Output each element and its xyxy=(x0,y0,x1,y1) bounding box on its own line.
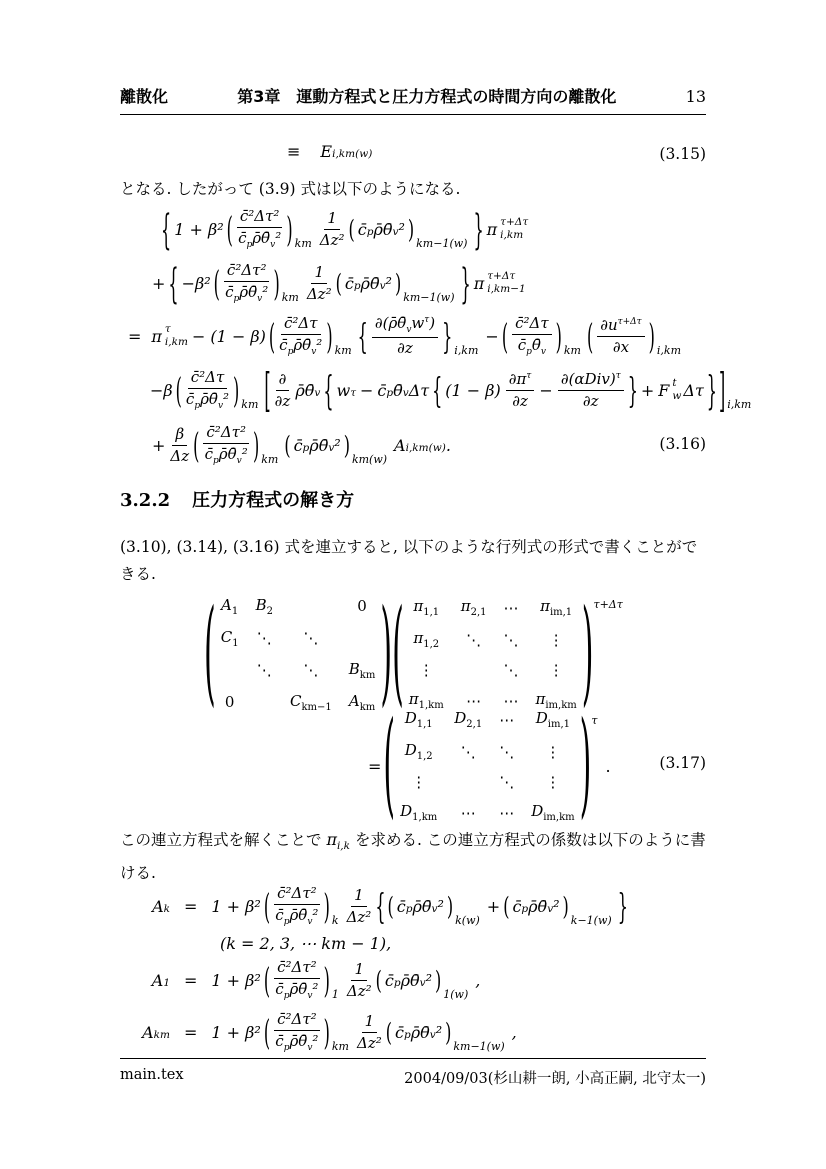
matrix-cell: ⋯ xyxy=(466,692,481,710)
subscript: 2,1 xyxy=(471,607,487,618)
subscript: v xyxy=(314,387,320,399)
fraction-denominator: ∂z xyxy=(397,338,413,358)
matrix-cell: π1,1 xyxy=(413,597,439,618)
math-token: c̄pρ̄θ̄v² xyxy=(512,897,559,916)
equation-tag-315: (3.15) xyxy=(659,145,706,163)
section-number: 3.2.2 xyxy=(120,490,170,511)
variable: E xyxy=(320,142,332,161)
math-token: 1 + β² xyxy=(211,1023,260,1042)
right-paren: ) xyxy=(273,263,279,304)
right-paren: ) xyxy=(324,960,330,1001)
math-token: ρ̄θ̄ xyxy=(411,1023,430,1042)
variable: π xyxy=(540,597,550,615)
sup-sub-stack: τi,km xyxy=(165,323,188,348)
page-number: 13 xyxy=(686,87,706,106)
math-token: −β xyxy=(150,381,173,400)
math-token: c̄pρ̄θ̄v² xyxy=(395,1023,442,1042)
subscript: 1 xyxy=(232,606,238,617)
equals-sign: = xyxy=(184,971,197,990)
math-token: Ai,km(w). xyxy=(394,436,451,455)
math-token: ∂π xyxy=(509,370,527,388)
variable: π xyxy=(409,690,419,708)
fraction: c̄²Δτ²c̄pρ̄θ̄v² xyxy=(274,884,320,928)
fraction-denominator: Δz xyxy=(170,446,189,466)
math-token: 1 + β² xyxy=(174,220,223,239)
subscript: 1(w) xyxy=(443,988,468,1001)
section-title: 圧力方程式の解き方 xyxy=(192,486,354,512)
fraction-numerator: c̄²Δτ² xyxy=(237,207,283,228)
coefficient-matrix: ( A1B20C1⋱⋱⋱⋱Bkm0Ckm−1Akm ) xyxy=(204,596,392,713)
matrix-cell: πim,1 xyxy=(540,597,572,618)
fraction-numerator: ∂(αDiv)τ xyxy=(558,370,624,391)
subscript: w xyxy=(672,390,681,403)
math-token: c̄pρ̄θ̄v² xyxy=(385,971,432,990)
subscript: km−1(w) xyxy=(403,291,454,304)
right-paren: ) xyxy=(580,700,592,833)
math-token: (1 − β) xyxy=(445,381,501,400)
right-paren: ) xyxy=(395,268,401,297)
variable: D xyxy=(531,802,543,820)
k-range-note: (k = 2, 3, ⋯ km − 1), xyxy=(120,932,706,954)
fraction-denominator: Δz² xyxy=(320,230,345,250)
matrix-cell: ⋯ xyxy=(504,692,519,710)
matrix-equation-line-1: ( A1B20C1⋱⋱⋱⋱Bkm0Ckm−1Akm ) ( π1,1π2,1⋯π… xyxy=(204,596,706,712)
math-token: c̄pρ̄θ̄v² xyxy=(345,274,392,293)
equation-3-15: ≡ Ei,km(w) (3.15) xyxy=(120,142,706,168)
equals-sign: = xyxy=(184,897,197,916)
math-token: ² xyxy=(223,390,229,408)
paragraph-2: (3.10), (3.14), (3.16) 式を連立すると, 以下のような行列… xyxy=(120,534,706,588)
math-token: ² xyxy=(312,980,318,998)
matrix-equation-line-2: = ( D1,1D2,1⋯Dim,1D1,2⋱⋱⋮⋮⋱⋮D1,km⋯⋯Dim,k… xyxy=(366,712,706,820)
math-token: ρ̄θ̄ xyxy=(401,971,420,990)
math-token: 1 + β² xyxy=(211,897,260,916)
math-token: c̄ xyxy=(385,971,394,990)
variable: π xyxy=(413,629,423,647)
variable: D xyxy=(536,709,548,727)
math-token: c̄pρ̄θ̄v² xyxy=(358,220,405,239)
math-token: ρ̄θ̄ xyxy=(412,897,431,916)
left-brace: { xyxy=(432,370,442,411)
fraction: c̄²Δτ²c̄pρ̄θ̄v² xyxy=(203,423,249,467)
variable: A xyxy=(394,436,406,455)
matrix-cell: ⋮ xyxy=(411,773,426,791)
variable: D xyxy=(454,709,466,727)
left-brace: { xyxy=(161,204,171,253)
math-token: c̄ xyxy=(225,283,233,301)
fraction: βΔz xyxy=(170,425,189,466)
left-paren: ( xyxy=(349,214,355,243)
math-token: ρ̄θ̄ xyxy=(289,980,307,998)
math-token: c̄ xyxy=(395,1023,404,1042)
math-token: ρ̄θ̄ xyxy=(373,220,392,239)
matrix-cell: ⋯ xyxy=(461,804,476,822)
subscript: 1 xyxy=(163,977,170,989)
fraction-numerator: c̄²Δτ² xyxy=(224,261,270,282)
matrix-cell: Bkm xyxy=(349,660,376,681)
left-bracket: [ xyxy=(264,363,270,417)
math-token: θ̄ xyxy=(532,336,541,354)
subscript: k xyxy=(332,914,339,927)
matrix-cell: π2,1 xyxy=(461,597,487,618)
subscript: km−1(w) xyxy=(416,237,467,250)
sup-sub-stack: τ+Δτi,km xyxy=(500,216,528,241)
fraction: ∂∂z xyxy=(275,370,291,411)
math-token: ρ̄θ̄ xyxy=(528,897,547,916)
equals-sign: = xyxy=(128,327,141,346)
matrix-cell: ⋮ xyxy=(545,773,560,791)
fraction-numerator: c̄²Δτ² xyxy=(203,423,249,444)
fraction-numerator: c̄²Δτ xyxy=(188,368,228,389)
right-brace: } xyxy=(628,370,638,411)
period: . xyxy=(446,436,451,455)
matrix-cell: C1 xyxy=(221,628,239,649)
matrix-cell: D1,1 xyxy=(405,709,433,730)
left-paren: ( xyxy=(264,1012,270,1053)
matrix-cell: ⋱ xyxy=(499,773,514,791)
matrix-cell: ⋯ xyxy=(499,804,514,822)
equation-tag-316: (3.16) xyxy=(659,435,706,453)
fraction: c̄²Δτ²c̄pρ̄θ̄v² xyxy=(237,207,283,251)
subscript: 1,2 xyxy=(423,639,439,650)
matrix-cell: ⋱ xyxy=(461,743,476,761)
math-token: F xyxy=(658,381,669,400)
math-token: ρ̄θ̄ xyxy=(309,436,328,455)
matrix-cell: πim,km xyxy=(536,690,577,711)
math-token: c̄ xyxy=(397,897,406,916)
fraction-numerator: β xyxy=(172,425,187,446)
matrix-cell: ⋱ xyxy=(466,631,481,649)
subscript: p xyxy=(394,977,401,989)
chapter-label: 第3章 xyxy=(237,84,280,107)
fraction: 1Δz² xyxy=(347,886,372,927)
variable: D xyxy=(400,802,412,820)
right-paren: ) xyxy=(435,965,441,994)
plus-sign: + xyxy=(487,897,500,916)
right-paren: ) xyxy=(408,214,414,243)
fraction-denominator: c̄pρ̄θ̄v² xyxy=(186,389,229,412)
left-paren: ( xyxy=(503,891,509,920)
fraction-numerator: ∂uτ+Δτ xyxy=(597,316,644,337)
variable: C xyxy=(290,692,301,710)
math-token: ) xyxy=(429,314,435,332)
left-paren: ( xyxy=(214,263,220,304)
matrix-cell: B2 xyxy=(256,596,273,617)
fraction: 1Δz² xyxy=(357,1012,382,1053)
matrix-cell: Akm xyxy=(349,692,375,713)
superscript: τ+Δτ xyxy=(500,216,528,229)
fraction: c̄²Δτ²c̄pρ̄θ̄v² xyxy=(274,1010,320,1054)
matrix-cell: ⋱ xyxy=(504,661,519,679)
right-paren: ) xyxy=(445,1017,451,1046)
matrix-cell: 0 xyxy=(225,693,235,711)
variable: w xyxy=(411,314,424,332)
math-token: ρ̄θ̄ xyxy=(219,445,237,463)
paragraph-3: この連立方程式を解くことで πi,k を求める. この連立方程式の係数は以下のよ… xyxy=(120,826,706,887)
fraction: ∂(ρ̄θ̄vwτ)∂z xyxy=(372,314,438,358)
variable: w xyxy=(337,381,351,400)
variable: π xyxy=(461,597,471,615)
subscript: i,km−1 xyxy=(487,283,526,296)
page-footer: main.tex 2004/09/03(杉山耕一朗, 小高正嗣, 北守太一) xyxy=(120,1058,706,1088)
subscript: km xyxy=(564,344,581,357)
left-brace: { xyxy=(168,258,178,307)
fraction-denominator: ∂x xyxy=(613,337,629,357)
math-token: ∂u xyxy=(600,316,617,334)
subscript: km(w) xyxy=(352,453,387,466)
fraction-numerator: c̄²Δτ xyxy=(281,314,321,335)
math-token: π xyxy=(151,327,162,346)
fraction-denominator: c̄pρ̄θ̄v² xyxy=(238,228,281,251)
fraction-denominator: c̄pρ̄θ̄v² xyxy=(275,905,318,928)
subscript: km xyxy=(360,702,376,713)
math-token: ² xyxy=(242,445,248,463)
fraction-denominator: c̄pρ̄θ̄v² xyxy=(225,282,268,305)
superscript: τ xyxy=(526,371,531,381)
math-token: c̄ xyxy=(275,1032,283,1050)
math-token: c̄ xyxy=(275,980,283,998)
fraction-denominator: Δz² xyxy=(347,981,372,1001)
coefficient-equations: Ak = 1 + β² ( c̄²Δτ²c̄pρ̄θ̄v² )k 1Δz² { … xyxy=(120,880,706,1058)
math-token: Ei,km(w) xyxy=(320,142,372,161)
text-run: この連立方程式を解くことで xyxy=(120,831,326,849)
math-token: c̄pρ̄θ̄v² xyxy=(397,897,444,916)
subscript: i,km xyxy=(165,336,188,349)
variable: A xyxy=(221,596,232,614)
right-paren: ) xyxy=(563,891,569,920)
d-matrix: ( D1,1D2,1⋯Dim,1D1,2⋱⋱⋮⋮⋱⋮D1,km⋯⋯Dim,km … xyxy=(383,709,591,823)
matrix-cell: ⋯ xyxy=(504,599,519,617)
matrix-cell: A1 xyxy=(221,596,238,617)
right-paren: ) xyxy=(233,370,239,411)
variable: A xyxy=(349,692,360,710)
math-token: Δτ xyxy=(409,381,429,400)
left-paren: ( xyxy=(264,960,270,1001)
left-paren: ( xyxy=(284,430,290,459)
math-token: c̄pρ̄θ̄v² xyxy=(294,436,341,455)
matrix-cell: 0 xyxy=(357,597,367,615)
subscript: 2,1 xyxy=(466,719,482,730)
matrix-cell: π1,km xyxy=(409,690,444,711)
math-token: c̄ xyxy=(345,274,354,293)
plus-sign: + xyxy=(152,274,165,293)
right-paren: ) xyxy=(326,316,332,357)
superscript: t xyxy=(672,377,681,390)
math-token: ² xyxy=(398,220,404,239)
subscript: p xyxy=(354,280,361,292)
variable: B xyxy=(256,596,267,614)
fraction-numerator: 1 xyxy=(351,960,367,981)
subscript: 1,1 xyxy=(423,607,439,618)
left-paren: ( xyxy=(336,268,342,297)
math-token: ρ̄θ̄v xyxy=(295,381,320,400)
math-token: ² xyxy=(437,897,443,916)
right-brace: } xyxy=(707,367,717,414)
math-token: c̄ xyxy=(294,436,303,455)
fraction-denominator: Δz² xyxy=(307,284,332,304)
math-token: ² xyxy=(312,906,318,924)
fraction: ∂uτ+Δτ∂x xyxy=(597,316,644,357)
fraction-denominator: c̄pθ̄v xyxy=(518,335,546,358)
fraction-numerator: c̄²Δτ² xyxy=(274,1010,320,1031)
math-token: ∂(ρ̄θ̄ xyxy=(375,314,406,332)
subscript: i,km xyxy=(727,398,751,411)
right-paren: ) xyxy=(649,316,655,357)
math-token: ρ̄θ̄ xyxy=(293,336,311,354)
matrix-cell: ⋮ xyxy=(549,631,564,649)
matrix-cell: ⋱ xyxy=(303,629,318,647)
fraction: c̄²Δτc̄pρ̄θ̄v² xyxy=(186,368,229,412)
comma: , xyxy=(512,1023,517,1042)
matrix-cell: ⋮ xyxy=(419,661,434,679)
equation-316-line-1: { 1 + β² ( c̄²Δτ²c̄pρ̄θ̄v² )km 1Δz² ( c̄… xyxy=(120,202,706,256)
equation-3-16: { 1 + β² ( c̄²Δτ²c̄pρ̄θ̄v² )km 1Δz² ( c̄… xyxy=(120,202,706,472)
matrix-cell: ⋮ xyxy=(549,661,564,679)
right-paren: ) xyxy=(286,209,292,250)
math-token: π xyxy=(474,274,485,293)
chapter-title: 運動方程式と圧力方程式の時間方向の離散化 xyxy=(296,84,616,107)
subscript: 1,2 xyxy=(417,751,433,762)
fraction-denominator: Δz² xyxy=(347,907,372,927)
variable: π xyxy=(474,274,485,293)
subscript: km xyxy=(261,453,278,466)
math-token: π xyxy=(487,220,498,239)
matrix-cell: Ckm−1 xyxy=(290,692,332,713)
math-token: ρ̄θ̄ xyxy=(289,906,307,924)
right-paren: ) xyxy=(253,425,259,466)
left-paren: ( xyxy=(176,370,182,411)
subscript: i,km xyxy=(500,229,528,242)
fraction-numerator: c̄²Δτ² xyxy=(274,884,320,905)
subscript: k−1(w) xyxy=(571,914,612,927)
fraction: c̄²Δτ²c̄pρ̄θ̄v² xyxy=(224,261,270,305)
math-token: c̄ xyxy=(275,906,283,924)
subscript: 1 xyxy=(232,638,238,649)
minus-sign: − xyxy=(485,327,498,346)
inline-math: πi,k xyxy=(326,830,350,849)
comma: , xyxy=(475,971,480,990)
right-paren: ) xyxy=(556,316,562,357)
left-paren: ( xyxy=(204,588,216,721)
math-token: ² xyxy=(553,897,559,916)
fraction-numerator: 1 xyxy=(324,209,340,230)
variable: B xyxy=(349,660,360,678)
matrix-cell: ⋱ xyxy=(257,661,272,679)
right-paren: ) xyxy=(324,886,330,927)
math-token: c̄ xyxy=(512,897,521,916)
math-token: ρ̄θ̄ xyxy=(289,1032,307,1050)
sup-sub-stack: τ+Δτi,km−1 xyxy=(487,270,526,295)
right-brace: } xyxy=(442,316,452,357)
fraction-denominator: c̄pρ̄θ̄v² xyxy=(279,335,322,358)
running-head-left: 離散化 xyxy=(120,84,168,107)
subscript: i,km xyxy=(454,344,478,357)
subscript: 2 xyxy=(267,606,273,617)
superscript: τ+Δτ xyxy=(618,317,642,327)
fraction: c̄²Δτc̄pθ̄v xyxy=(512,314,552,358)
minus-sign: − xyxy=(360,381,373,400)
revision-date: 2004/09/03(杉山耕一朗, 小高正嗣, 北守太一) xyxy=(404,1067,706,1088)
running-head-center: 第3章 運動方程式と圧力方程式の時間方向の離散化 xyxy=(237,84,616,107)
left-paren: ( xyxy=(388,891,394,920)
math-token: ² xyxy=(334,436,340,455)
subscript: km xyxy=(241,398,258,411)
left-paren: ( xyxy=(193,425,199,466)
plus-sign: + xyxy=(152,436,165,455)
subscript: k xyxy=(164,903,170,915)
equals-sign: = xyxy=(184,1023,197,1042)
matrix-cell: D2,1 xyxy=(454,709,482,730)
fraction-denominator: c̄pρ̄θ̄v² xyxy=(275,1031,318,1054)
superscript: τ+Δτ xyxy=(487,270,526,283)
source-filename: main.tex xyxy=(120,1067,184,1088)
equation-Akm: Akm = 1 + β² ( c̄²Δτ²c̄pρ̄θ̄v² )km 1Δz² … xyxy=(120,1006,706,1058)
subscript: km xyxy=(335,344,352,357)
subscript: km xyxy=(282,291,299,304)
matrix-cell: Dim,km xyxy=(531,802,574,823)
math-token: (k = 2, 3, ⋯ km − 1), xyxy=(220,934,391,953)
math-token: ² xyxy=(275,229,281,247)
subscript: 1 xyxy=(332,988,339,1001)
fraction-numerator: c̄²Δτ² xyxy=(274,958,320,979)
math-token: 1 + β² xyxy=(211,971,260,990)
left-paren: ( xyxy=(264,886,270,927)
math-token: ² xyxy=(386,274,392,293)
pi-matrix: ( π1,1π2,1⋯πim,1π1,2⋱⋱⋮⋮⋱⋮π1,km⋯⋯πim,km … xyxy=(392,597,593,711)
equals-sign: = xyxy=(368,757,381,776)
subscript: i,km(w) xyxy=(332,148,372,160)
subscript: km xyxy=(295,237,312,250)
fraction-numerator: 1 xyxy=(362,1012,378,1033)
section-heading: 3.2.2 圧力方程式の解き方 xyxy=(120,486,354,512)
variable: C xyxy=(221,628,232,646)
subscript: km−1 xyxy=(301,702,331,713)
equation-Ak: Ak = 1 + β² ( c̄²Δτ²c̄pρ̄θ̄v² )k 1Δz² { … xyxy=(120,880,706,932)
fraction-numerator: ∂ xyxy=(276,370,290,391)
math-token: ρ̄θ̄ xyxy=(239,283,257,301)
fraction-denominator: ∂z xyxy=(275,391,291,411)
variable: π xyxy=(536,690,546,708)
math-token: c̄ xyxy=(518,336,526,354)
fraction: 1Δz² xyxy=(347,960,372,1001)
variable: F xyxy=(658,381,669,400)
math-token: −β² xyxy=(182,274,211,293)
math-token: ² xyxy=(262,283,268,301)
math-token: ρ̄θ̄ xyxy=(361,274,380,293)
math-token: ρ̄θ̄ xyxy=(252,229,270,247)
equation-label: Akm xyxy=(122,1023,170,1042)
math-token: ² xyxy=(316,336,322,354)
variable: π xyxy=(413,597,423,615)
fraction: 1Δz² xyxy=(307,263,332,304)
fraction-denominator: ∂z xyxy=(583,391,599,411)
math-token: c̄ xyxy=(279,336,287,354)
subscript: im,1 xyxy=(548,719,570,730)
variable: A xyxy=(152,971,164,990)
subscript: k(w) xyxy=(455,914,480,927)
superscript: τ xyxy=(616,371,621,381)
fraction-numerator: 1 xyxy=(311,263,327,284)
equation-body: ≡ Ei,km(w) xyxy=(285,142,706,161)
fraction-numerator: 1 xyxy=(351,886,367,907)
variable: π xyxy=(487,220,498,239)
matrix-grid: D1,1D2,1⋯Dim,1D1,2⋱⋱⋮⋮⋱⋮D1,km⋯⋯Dim,km xyxy=(395,709,580,823)
subscript: i,k xyxy=(337,840,350,852)
math-token: c̄ xyxy=(358,220,367,239)
fraction: ∂πτ∂z xyxy=(506,370,535,411)
subscript: 1,1 xyxy=(417,719,433,730)
subscript: i,km(w) xyxy=(406,442,446,454)
